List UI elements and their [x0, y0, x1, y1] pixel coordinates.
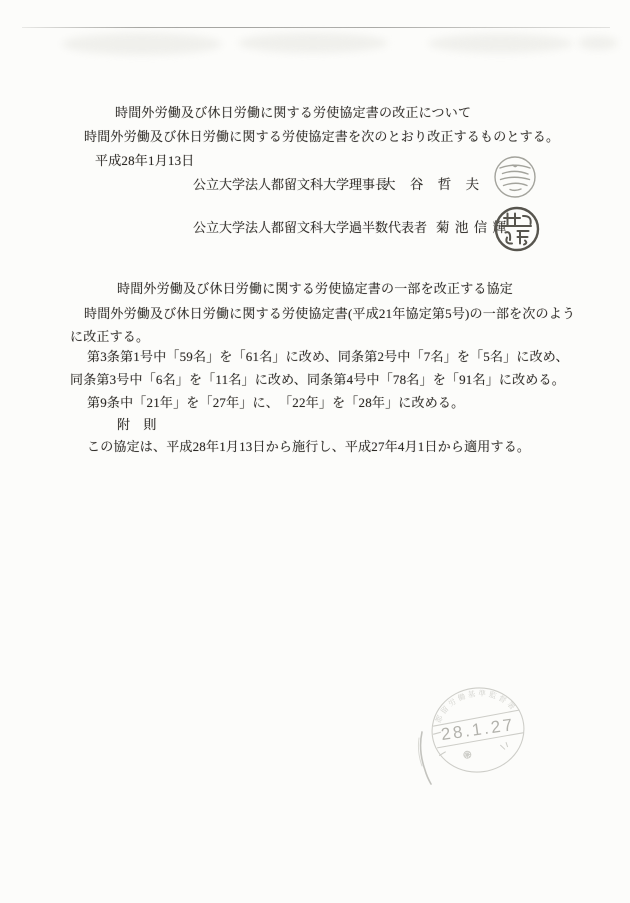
stray-pen-mark — [410, 728, 440, 798]
article3-line1: 第3条第1号中「59名」を「61名」に改め、同条第2号中「7名」を「5名」に改め… — [87, 349, 569, 365]
document-date: 平成28年1月13日 — [95, 153, 195, 169]
receipt-stamp-date: 28.1.27 — [440, 715, 516, 744]
intro-sentence: 時間外労働及び休日労働に関する労使協定書を次のとおり改正するものとする。 — [84, 129, 559, 145]
article3-line2: 同条第3号中「6名」を「11名」に改め、同条第4号中「78名」を「91名」に改め… — [70, 372, 565, 388]
page-title: 時間外労働及び休日労働に関する労使協定書の改正について — [115, 105, 471, 121]
scan-smudge — [578, 36, 618, 50]
article9-line: 第9条中「21年」を「27年」に、 「22年」を「28年」に改める。 — [87, 395, 464, 411]
president-seal-icon — [493, 155, 537, 199]
amendment-intro-line1: 時間外労働及び休日労働に関する労使協定書(平成21年協定第5号)の一部を次のよう — [84, 306, 575, 322]
president-name: 大 谷 哲 夫 — [382, 177, 479, 193]
scan-fold-line — [22, 27, 610, 28]
president-title: 公立大学法人都留文科大学理事長 — [193, 177, 388, 193]
supplementary-provision-body: この協定は、平成28年1月13日から施行し、平成27年4月1日から適用する。 — [87, 439, 530, 455]
amendment-intro-line2: に改正する。 — [70, 329, 149, 345]
scanned-document-page: 時間外労働及び休日労働に関する労使協定書の改正について 時間外労働及び休日労働に… — [0, 0, 630, 903]
scan-smudge — [428, 34, 573, 53]
representative-seal-icon — [494, 206, 540, 252]
amendment-heading: 時間外労働及び休日労働に関する労使協定書の一部を改正する協定 — [117, 281, 513, 297]
scan-smudge — [238, 33, 388, 53]
scan-smudge — [62, 33, 222, 55]
representative-title: 公立大学法人都留文科大学過半数代表者 — [193, 220, 427, 236]
supplementary-provision-heading: 附 則 — [117, 417, 157, 433]
